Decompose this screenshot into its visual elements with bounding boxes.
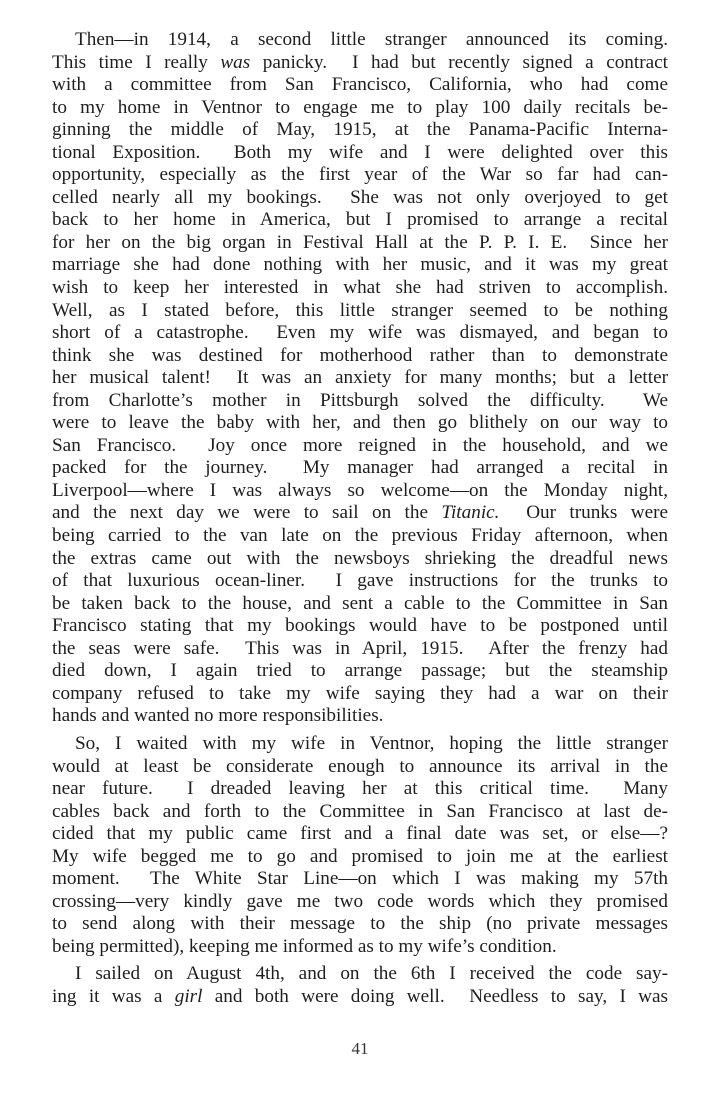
text-line: and the next day we were to sail on the … bbox=[52, 502, 668, 525]
text-segment: to my home in Ventnor to engage me to pl… bbox=[52, 97, 668, 118]
text-line: opportunity, especially as the first yea… bbox=[52, 164, 668, 187]
text-line: were to leave the baby with her, and the… bbox=[52, 412, 668, 435]
text-line: I sailed on August 4th, and on the 6th I… bbox=[52, 963, 668, 986]
text-segment: Liverpool—where I was always so welcome—… bbox=[52, 480, 668, 501]
text-segment: think she was destined for motherhood ra… bbox=[52, 345, 668, 366]
text-line: the extras came out with the newsboys sh… bbox=[52, 548, 668, 571]
text-segment: Francisco stating that my bookings would… bbox=[52, 615, 668, 636]
text-line: to my home in Ventnor to engage me to pl… bbox=[52, 97, 668, 120]
italic-text: girl bbox=[175, 986, 203, 1007]
text-segment: Well, as I stated before, this little st… bbox=[52, 300, 668, 321]
text-segment: were to leave the baby with her, and the… bbox=[52, 412, 668, 433]
text-line: being carried to the van late on the pre… bbox=[52, 525, 668, 548]
text-segment: to send along with their message to the … bbox=[52, 913, 668, 934]
text-segment: short of a catastrophe. Even my wife was… bbox=[52, 322, 668, 343]
text-segment: be taken back to the house, and sent a c… bbox=[52, 593, 668, 614]
book-page: Then—in 1914, a second little stranger a… bbox=[0, 0, 720, 1103]
text-line: ginning the middle of May, 1915, at the … bbox=[52, 119, 668, 142]
text-line: San Francisco. Joy once more reigned in … bbox=[52, 435, 668, 458]
text-segment: would at least be considerate enough to … bbox=[52, 756, 668, 777]
text-line: crossing—very kindly gave me two code wo… bbox=[52, 891, 668, 914]
italic-text: Titanic. bbox=[441, 502, 499, 523]
text-line: tional Exposition. Both my wife and I we… bbox=[52, 142, 668, 165]
text-line: wish to keep her interested in what she … bbox=[52, 277, 668, 300]
text-segment: tional Exposition. Both my wife and I we… bbox=[52, 142, 668, 163]
text-segment: Then—in 1914, a second little stranger a… bbox=[75, 29, 668, 50]
text-line: celled nearly all my bookings. She was n… bbox=[52, 187, 668, 210]
text-line: cables back and forth to the Committee i… bbox=[52, 801, 668, 824]
text-segment: ing it was a bbox=[52, 986, 175, 1007]
text-segment: with a committee from San Francisco, Cal… bbox=[52, 74, 668, 95]
text-line: to send along with their message to the … bbox=[52, 913, 668, 936]
paragraph: I sailed on August 4th, and on the 6th I… bbox=[52, 963, 668, 1008]
text-segment: for her on the big organ in Festival Hal… bbox=[52, 232, 668, 253]
text-segment: being carried to the van late on the pre… bbox=[52, 525, 668, 546]
text-segment: of that luxurious ocean-liner. I gave in… bbox=[52, 570, 668, 591]
text-segment: panicky. I had but recently signed a con… bbox=[250, 52, 668, 73]
text-line: think she was destined for motherhood ra… bbox=[52, 345, 668, 368]
text-line: marriage she had done nothing with her m… bbox=[52, 254, 668, 277]
text-line: Liverpool—where I was always so welcome—… bbox=[52, 480, 668, 503]
text-segment: near future. I dreaded leaving her at th… bbox=[52, 778, 668, 799]
text-segment: cided that my public came first and a fi… bbox=[52, 823, 668, 844]
text-segment: back to her home in America, but I promi… bbox=[52, 209, 668, 230]
text-line: short of a catastrophe. Even my wife was… bbox=[52, 322, 668, 345]
text-segment: My wife begged me to go and promised to … bbox=[52, 846, 668, 867]
text-segment: opportunity, especially as the first yea… bbox=[52, 164, 668, 185]
text-segment: moment. The White Star Line—on which I w… bbox=[52, 868, 668, 889]
text-segment: the extras came out with the newsboys sh… bbox=[52, 548, 668, 569]
text-segment: hands and wanted no more responsibilitie… bbox=[52, 705, 383, 726]
text-segment: her musical talent! It was an anxiety fo… bbox=[52, 367, 668, 388]
page-number: 41 bbox=[0, 1039, 720, 1059]
text-line: Francisco stating that my bookings would… bbox=[52, 615, 668, 638]
text-segment: crossing—very kindly gave me two code wo… bbox=[52, 891, 668, 912]
text-segment: I sailed on August 4th, and on the 6th I… bbox=[75, 963, 668, 984]
text-line: for her on the big organ in Festival Hal… bbox=[52, 232, 668, 255]
text-segment: marriage she had done nothing with her m… bbox=[52, 254, 668, 275]
text-line: Then—in 1914, a second little stranger a… bbox=[52, 29, 668, 52]
text-segment: wish to keep her interested in what she … bbox=[52, 277, 668, 298]
text-line: This time I really was panicky. I had bu… bbox=[52, 52, 668, 75]
text-segment: died down, I again tried to arrange pass… bbox=[52, 660, 668, 681]
text-segment: the seas were safe. This was in April, 1… bbox=[52, 638, 668, 659]
text-line: Well, as I stated before, this little st… bbox=[52, 300, 668, 323]
text-line: her musical talent! It was an anxiety fo… bbox=[52, 367, 668, 390]
text-line: of that luxurious ocean-liner. I gave in… bbox=[52, 570, 668, 593]
text-segment: cables back and forth to the Committee i… bbox=[52, 801, 668, 822]
text-segment: ginning the middle of May, 1915, at the … bbox=[52, 119, 668, 140]
text-segment: San Francisco. Joy once more reigned in … bbox=[52, 435, 668, 456]
text-line: be taken back to the house, and sent a c… bbox=[52, 593, 668, 616]
text-line: cided that my public came first and a fi… bbox=[52, 823, 668, 846]
text-line: packed for the journey. My manager had a… bbox=[52, 457, 668, 480]
text-segment: company refused to take my wife saying t… bbox=[52, 683, 668, 704]
text-segment: and the next day we were to sail on the bbox=[52, 502, 441, 523]
text-segment: celled nearly all my bookings. She was n… bbox=[52, 187, 668, 208]
text-segment: So, I waited with my wife in Ventnor, ho… bbox=[75, 733, 668, 754]
paragraph: So, I waited with my wife in Ventnor, ho… bbox=[52, 733, 668, 958]
text-segment: being permitted), keeping me informed as… bbox=[52, 936, 557, 957]
text-line: near future. I dreaded leaving her at th… bbox=[52, 778, 668, 801]
text-line: ing it was a girl and both were doing we… bbox=[52, 986, 668, 1009]
text-line: My wife begged me to go and promised to … bbox=[52, 846, 668, 869]
text-line: died down, I again tried to arrange pass… bbox=[52, 660, 668, 683]
paragraph: Then—in 1914, a second little stranger a… bbox=[52, 29, 668, 728]
text-segment: packed for the journey. My manager had a… bbox=[52, 457, 668, 478]
text-line: company refused to take my wife saying t… bbox=[52, 683, 668, 706]
text-line: with a committee from San Francisco, Cal… bbox=[52, 74, 668, 97]
text-segment: from Charlotte’s mother in Pittsburgh so… bbox=[52, 390, 668, 411]
text-segment: This time I really bbox=[52, 52, 220, 73]
text-line: hands and wanted no more responsibilitie… bbox=[52, 705, 668, 728]
body-text: Then—in 1914, a second little stranger a… bbox=[52, 29, 668, 1009]
text-line: So, I waited with my wife in Ventnor, ho… bbox=[52, 733, 668, 756]
text-line: the seas were safe. This was in April, 1… bbox=[52, 638, 668, 661]
text-line: from Charlotte’s mother in Pittsburgh so… bbox=[52, 390, 668, 413]
text-line: would at least be considerate enough to … bbox=[52, 756, 668, 779]
text-line: moment. The White Star Line—on which I w… bbox=[52, 868, 668, 891]
text-segment: Our trunks were bbox=[499, 502, 668, 523]
text-line: being permitted), keeping me informed as… bbox=[52, 936, 668, 959]
text-line: back to her home in America, but I promi… bbox=[52, 209, 668, 232]
italic-text: was bbox=[220, 52, 250, 73]
text-segment: and both were doing well. Needless to sa… bbox=[202, 986, 668, 1007]
